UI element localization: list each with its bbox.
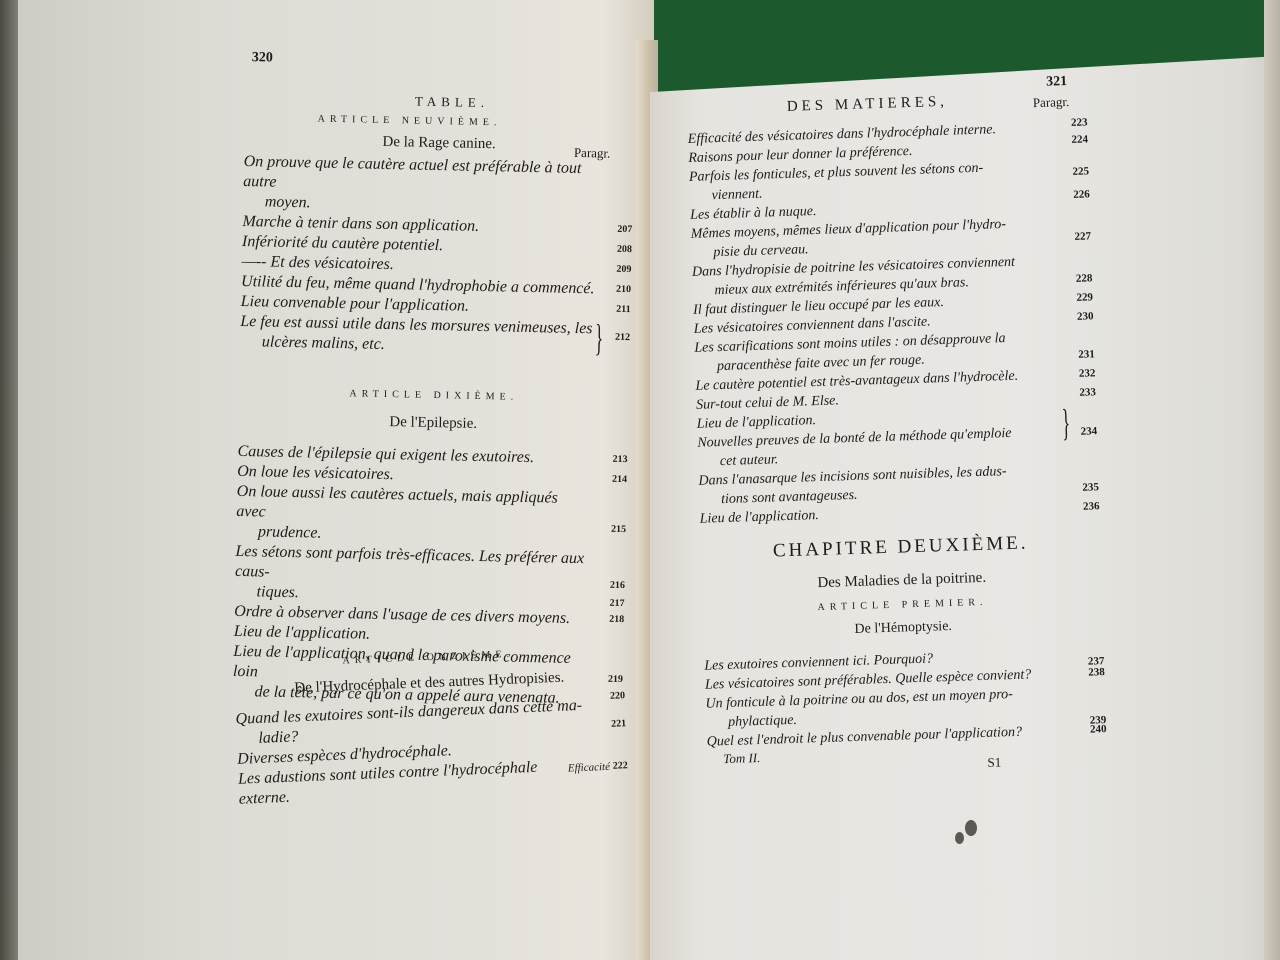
ink-stain (965, 820, 977, 836)
brace-icon: } (594, 319, 603, 357)
index-entry: Les sétons sont parfois très-efficaces. … (234, 542, 625, 610)
brace-icon: } (1061, 404, 1070, 442)
section-hydrocephale: Article onzième. De l'Hydrocéphale et de… (233, 644, 629, 810)
article-heading: Article neuvième. (244, 112, 634, 131)
entries-list: Efficacité des vésicatoires dans l'hydro… (688, 117, 1108, 781)
article-heading: Article premier. (702, 593, 1102, 617)
chapter-title: CHAPITRE DEUXIÈME. (700, 530, 1100, 565)
paragr-label: Paragr. (1033, 94, 1070, 111)
index-entry: On loue aussi les cautères actuels, mais… (236, 482, 627, 550)
index-entry: On prouve que le cautère actuel est préf… (243, 152, 634, 220)
page-number: 320 (252, 50, 273, 66)
chapter-subtitle: Des Maladies de la poitrine. (702, 566, 1102, 596)
book-page-edge (1264, 0, 1280, 960)
hemoptysie-entries: Les exutoires conviennent ici. Pourquoi?… (704, 644, 1107, 752)
running-head: TABLE. (415, 94, 489, 112)
section-rage-canine: Article neuvième. De la Rage canine. On … (240, 112, 635, 360)
left-page: 320 TABLE. Paragr. Article neuvième. De … (18, 0, 654, 960)
signature-mark: S1 (987, 754, 1001, 770)
section-title: De l'Hémoptysie. (703, 614, 1103, 643)
article-heading: Article dixième. (239, 386, 629, 405)
catchword: Efficacité (568, 761, 611, 775)
volume-label: Tom II. (723, 750, 761, 767)
section-title: De l'Hydrocéphale et des autres Hydropis… (234, 667, 624, 700)
ink-stain (955, 832, 964, 844)
index-entry: Le feu est aussi utile dans les morsures… (240, 312, 631, 360)
page-number: 321 (1046, 74, 1067, 91)
left-page-content: 320 TABLE. Paragr. Article neuvième. De … (246, 50, 636, 58)
section-title: De l'Epilepsie. (238, 411, 628, 436)
